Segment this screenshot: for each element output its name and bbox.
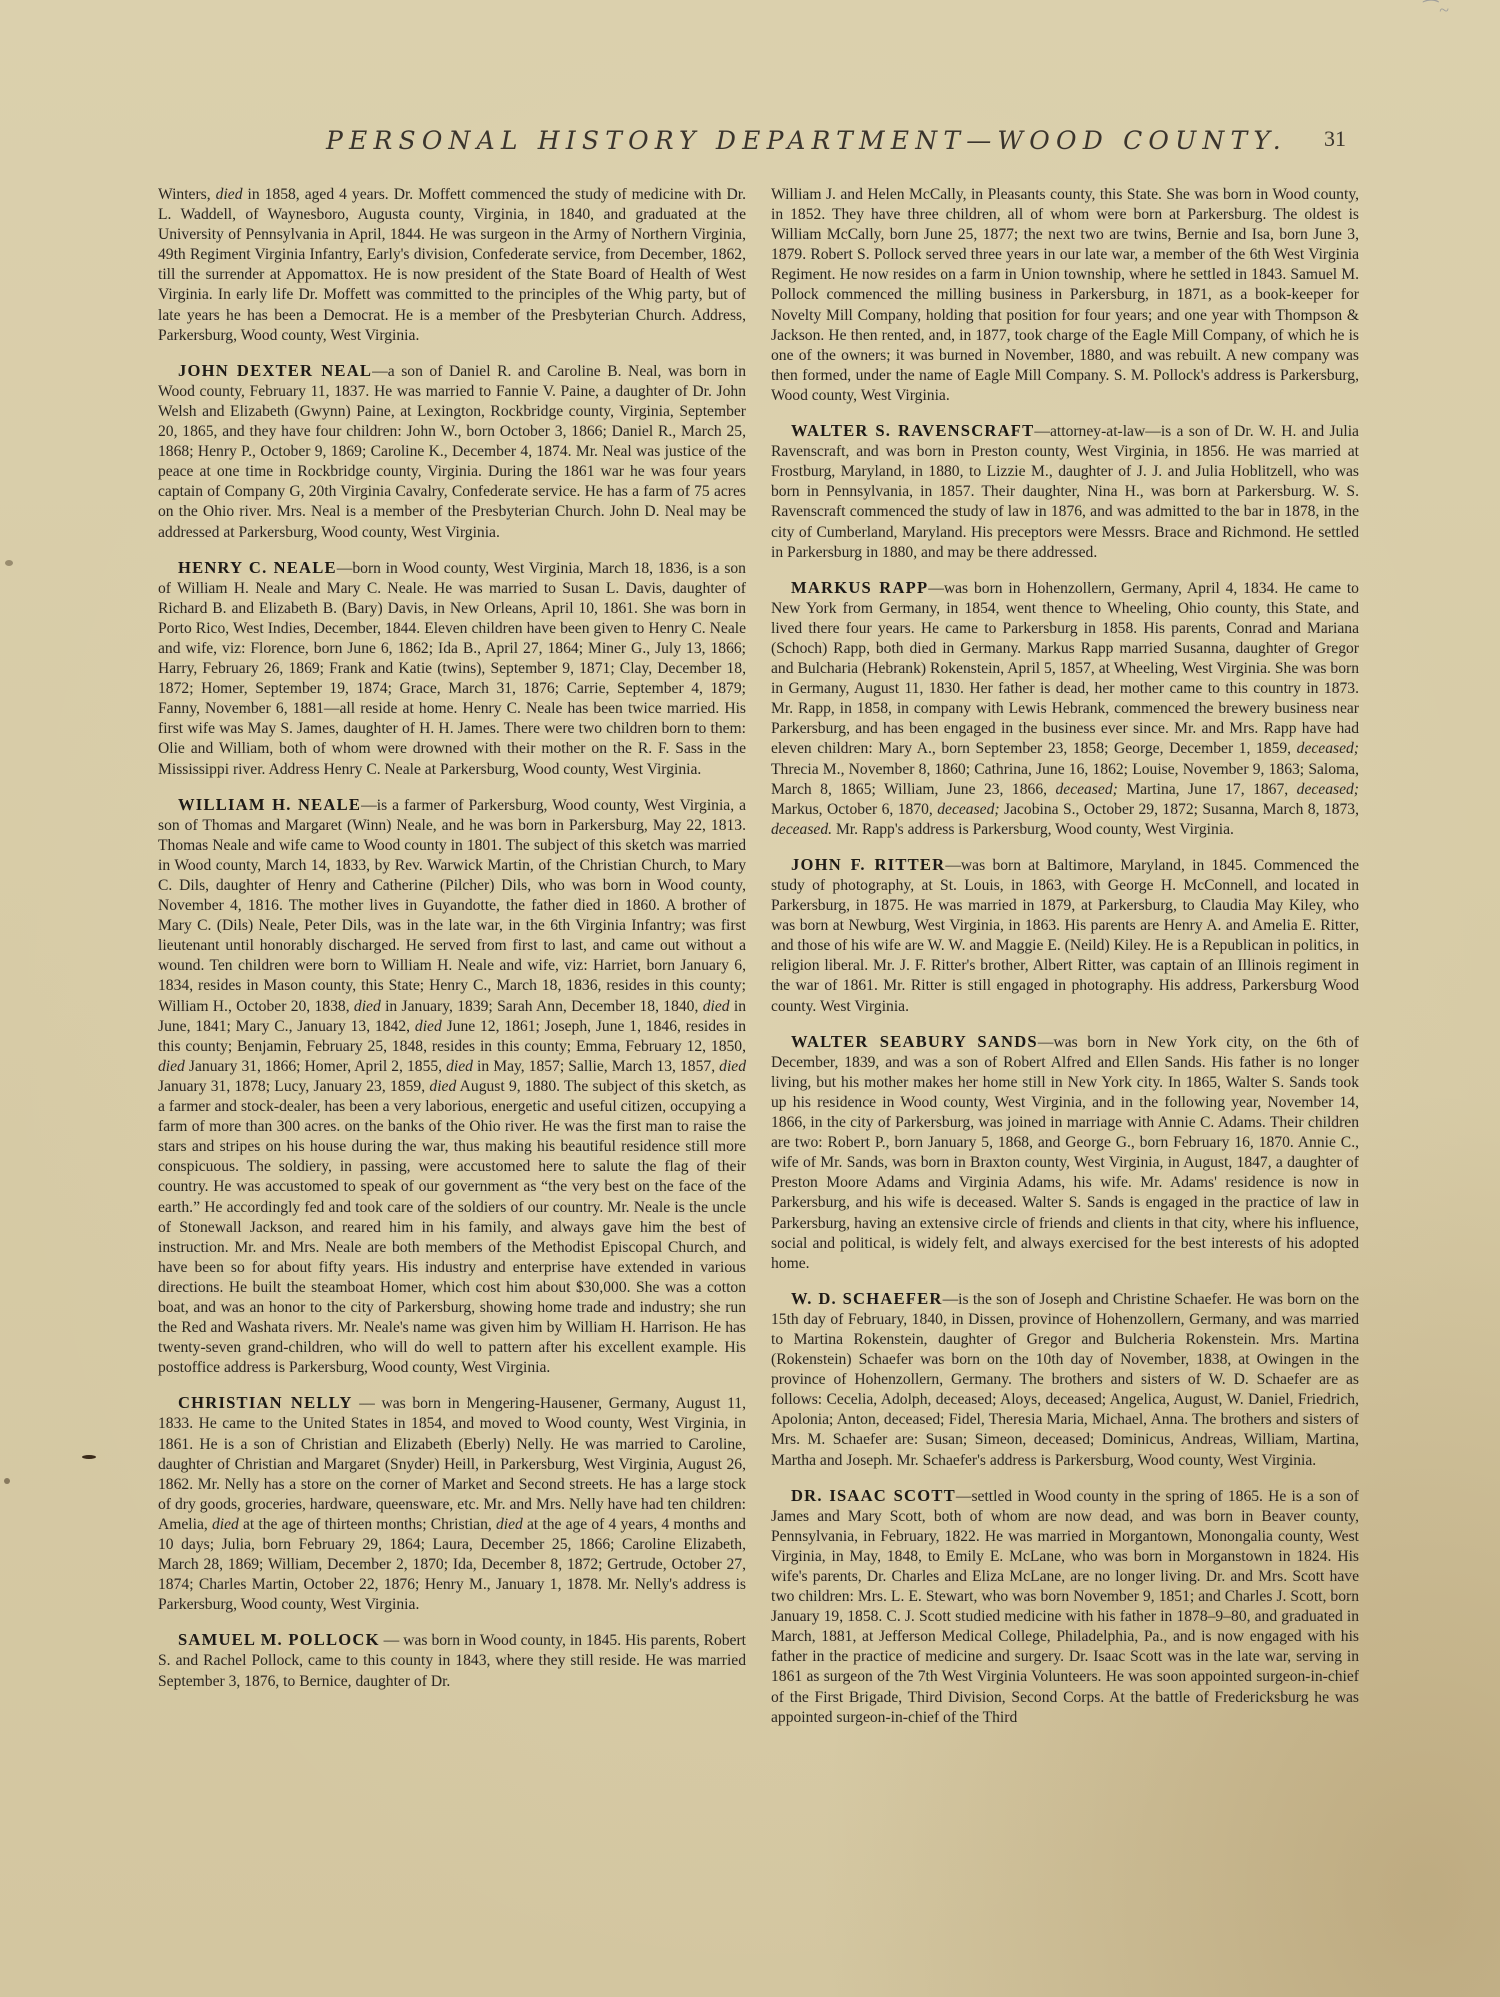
italic-term: died — [719, 1058, 746, 1075]
entry-text: —is a farmer of Parkersburg, Wood county… — [158, 797, 746, 1377]
italic-term: died — [354, 998, 381, 1015]
biography-entry-dr-isaac-scott: DR. ISAAC SCOTT—settled in Wood county i… — [771, 1486, 1359, 1728]
ink-blemish — [82, 1455, 96, 1459]
entry-text: —is the son of Joseph and Christine Scha… — [771, 1291, 1359, 1469]
entry-name: W. D. SCHAEFER — [791, 1289, 943, 1308]
left-column: Winters, died in 1858, aged 4 years. Dr.… — [158, 185, 746, 1707]
biography-entry-john-f-ritter: JOHN F. RITTER—was born at Baltimore, Ma… — [771, 855, 1359, 1017]
pencil-annotation: ⁀ ~ — [1420, 0, 1480, 14]
italic-term: deceased; — [1297, 740, 1359, 757]
biography-entry-john-dexter-neal: JOHN DEXTER NEAL—a son of Daniel R. and … — [158, 361, 746, 543]
italic-term: deceased; — [937, 801, 999, 818]
biography-entry-walter-seabury-sands: WALTER SEABURY SANDS—was born in New Yor… — [771, 1032, 1359, 1274]
entry-name: CHRISTIAN NELLY — [178, 1393, 353, 1412]
italic-term: died — [415, 1018, 442, 1035]
continuation-text: William J. and Helen McCally, in Pleasan… — [771, 186, 1359, 404]
page-number: 31 — [1324, 126, 1346, 152]
biography-entry-markus-rapp: MARKUS RAPP—was born in Hohenzollern, Ge… — [771, 578, 1359, 840]
italic-term: died — [212, 1516, 239, 1533]
biography-entry-christian-nelly: CHRISTIAN NELLY — was born in Mengering-… — [158, 1393, 746, 1615]
entry-name: SAMUEL M. POLLOCK — [178, 1630, 380, 1649]
biography-entry-walter-s-ravenscraft: WALTER S. RAVENSCRAFT—attorney-at-law—is… — [771, 421, 1359, 563]
continuation-paragraph: William J. and Helen McCally, in Pleasan… — [771, 185, 1359, 406]
entry-name: DR. ISAAC SCOTT — [791, 1486, 956, 1505]
ink-blemish — [5, 560, 13, 566]
italic-term: died — [158, 1058, 185, 1075]
page-header: PERSONAL HISTORY DEPARTMENT—WOOD COUNTY.… — [150, 122, 1360, 162]
biography-entry-samuel-m-pollock: SAMUEL M. POLLOCK — was born in Wood cou… — [158, 1630, 746, 1691]
entry-text: —settled in Wood county in the spring of… — [771, 1488, 1359, 1726]
running-title: PERSONAL HISTORY DEPARTMENT—WOOD COUNTY. — [326, 126, 1287, 155]
biography-entry-w-d-schaefer: W. D. SCHAEFER—is the son of Joseph and … — [771, 1289, 1359, 1471]
italic-term: died — [216, 186, 243, 203]
biography-entry-henry-c-neale: HENRY C. NEALE—born in Wood county, West… — [158, 558, 746, 780]
entry-text: —attorney-at-law—is a son of Dr. W. H. a… — [771, 423, 1359, 561]
entry-name: HENRY C. NEALE — [178, 558, 337, 577]
italic-term: deceased; — [1056, 781, 1118, 798]
italic-term: deceased. — [771, 821, 832, 838]
continuation-paragraph: Winters, died in 1858, aged 4 years. Dr.… — [158, 185, 746, 346]
entry-name: WILLIAM H. NEALE — [178, 795, 361, 814]
continuation-text: Winters, died in 1858, aged 4 years. Dr.… — [158, 186, 746, 344]
entry-name: MARKUS RAPP — [791, 578, 928, 597]
entry-text: — was born in Mengering-Hausener, German… — [158, 1395, 746, 1613]
italic-term: deceased; — [1297, 781, 1359, 798]
entry-name: JOHN DEXTER NEAL — [178, 361, 372, 380]
entry-text: —was born in Hohenzollern, Germany, Apri… — [771, 580, 1359, 838]
italic-term: died — [446, 1058, 473, 1075]
entry-name: JOHN F. RITTER — [791, 855, 945, 874]
entry-name: WALTER SEABURY SANDS — [791, 1032, 1038, 1051]
entry-text: —born in Wood county, West Virginia, Mar… — [158, 560, 746, 778]
ink-blemish — [4, 1478, 10, 1484]
entry-name: WALTER S. RAVENSCRAFT — [791, 421, 1034, 440]
italic-term: died — [429, 1078, 456, 1095]
right-column: William J. and Helen McCally, in Pleasan… — [771, 185, 1359, 1743]
italic-term: died — [703, 998, 730, 1015]
italic-term: died — [496, 1516, 523, 1533]
entry-text: —a son of Daniel R. and Caroline B. Neal… — [158, 363, 746, 541]
entry-text: —was born in New York city, on the 6th o… — [771, 1034, 1359, 1272]
entry-text: —was born at Baltimore, Maryland, in 184… — [771, 857, 1359, 1015]
biography-entry-william-h-neale: WILLIAM H. NEALE—is a farmer of Parkersb… — [158, 795, 746, 1379]
